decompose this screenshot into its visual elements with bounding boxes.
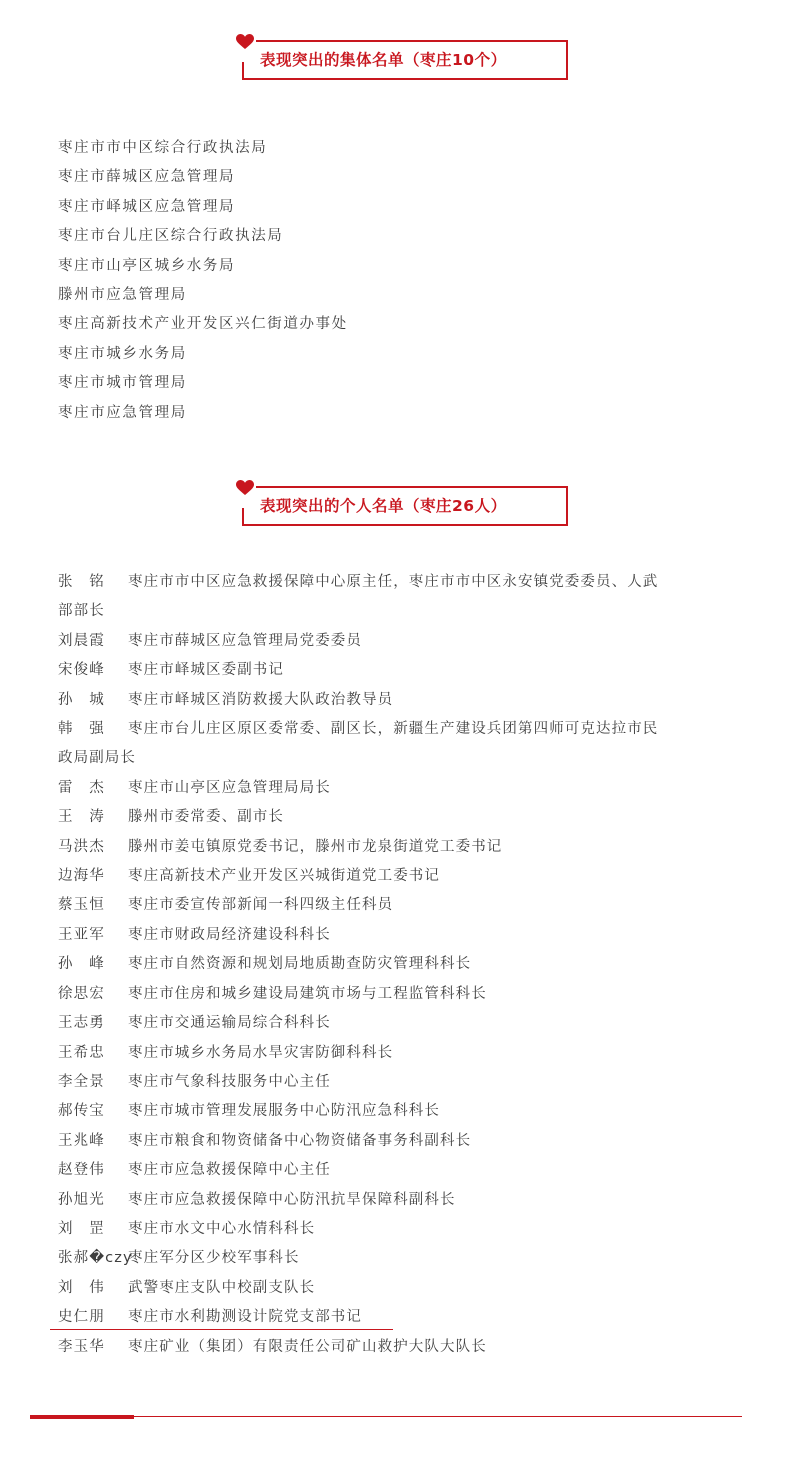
- list-item: 韩 强枣庄市台儿庄区原区委常委、副区长，新疆生产建设兵团第四师可克达拉市民政局副…: [58, 715, 748, 774]
- list-item: 赵登伟枣庄市应急救援保障中心主任: [58, 1156, 748, 1185]
- person-title: 滕州市委常委、副市长: [128, 809, 284, 825]
- header-border-top: [256, 486, 568, 488]
- person-name: 郝传宝: [58, 1097, 128, 1126]
- heart-icon: [236, 34, 254, 50]
- header-border-right: [566, 40, 568, 80]
- list-item: 王兆峰枣庄市粮食和物资储备中心物资储备事务科副科长: [58, 1127, 748, 1156]
- person-name: 孙 城: [58, 686, 128, 715]
- person-title: 枣庄市水利勘测设计院党支部书记: [128, 1309, 362, 1325]
- person-title: 枣庄市委宣传部新闻一科四级主任科员: [128, 897, 393, 913]
- person-title: 枣庄市水文中心水情科科长: [128, 1221, 315, 1237]
- person-name: 马洪杰: [58, 833, 128, 862]
- list-item: 刘 罡枣庄市水文中心水情科科长: [58, 1215, 748, 1244]
- person-title: 枣庄市应急救援保障中心防汛抗旱保障科副科长: [128, 1192, 456, 1208]
- person-name: 张郝�czy: [58, 1244, 128, 1273]
- list-item: 滕州市应急管理局: [58, 281, 348, 310]
- section-header-collective: 表现突出的集体名单（枣庄10个）: [236, 34, 568, 84]
- person-title: 枣庄市峄城区消防救援大队政治教导员: [128, 692, 393, 708]
- person-name: 韩 强: [58, 715, 128, 744]
- list-item: 郝传宝枣庄市城市管理发展服务中心防汛应急科科长: [58, 1097, 748, 1126]
- person-title: 枣庄矿业（集团）有限责任公司矿山救护大队大队长: [128, 1339, 487, 1355]
- list-item: 雷 杰枣庄市山亭区应急管理局局长: [58, 774, 748, 803]
- list-item: 枣庄市峄城区应急管理局: [58, 193, 348, 222]
- person-name: 王志勇: [58, 1009, 128, 1038]
- list-item: 枣庄市薛城区应急管理局: [58, 163, 348, 192]
- person-title: 枣庄市薛城区应急管理局党委委员: [128, 633, 362, 649]
- person-name: 王兆峰: [58, 1127, 128, 1156]
- section-title-individual: 表现突出的个人名单（枣庄26人）: [260, 494, 507, 516]
- list-item: 枣庄市城乡水务局: [58, 340, 348, 369]
- person-title: 枣庄市气象科技服务中心主任: [128, 1074, 331, 1090]
- section-title-collective: 表现突出的集体名单（枣庄10个）: [260, 48, 507, 70]
- person-name: 徐思宏: [58, 980, 128, 1009]
- list-item: 刘晨霞枣庄市薛城区应急管理局党委委员: [58, 627, 748, 656]
- person-name: 张 铭: [58, 568, 128, 597]
- person-name: 孙 峰: [58, 950, 128, 979]
- collective-list: 枣庄市市中区综合行政执法局 枣庄市薛城区应急管理局 枣庄市峄城区应急管理局 枣庄…: [58, 134, 348, 428]
- list-item: 宋俊峰枣庄市峄城区委副书记: [58, 656, 748, 685]
- person-title: 武警枣庄支队中校副支队长: [128, 1280, 315, 1296]
- person-title: 枣庄市台儿庄区原区委常委、副区长，新疆生产建设兵团第四师可克达拉市民: [128, 721, 658, 737]
- person-name: 边海华: [58, 862, 128, 891]
- person-title: 枣庄市交通运输局综合科科长: [128, 1015, 331, 1031]
- person-title: 枣庄市山亭区应急管理局局长: [128, 780, 331, 796]
- list-item: 王亚军枣庄市财政局经济建设科科长: [58, 921, 748, 950]
- person-title: 枣庄市城市管理发展服务中心防汛应急科科长: [128, 1103, 440, 1119]
- list-item: 枣庄市山亭区城乡水务局: [58, 252, 348, 281]
- footer-divider: [30, 1416, 742, 1417]
- person-title: 枣庄市自然资源和规划局地质勘查防灾管理科科长: [128, 956, 471, 972]
- header-border-bottom: [242, 524, 568, 526]
- header-border-bottom: [242, 78, 568, 80]
- person-name: 孙旭光: [58, 1186, 128, 1215]
- person-name: 刘 伟: [58, 1274, 128, 1303]
- header-border-left: [242, 62, 244, 80]
- person-name: 赵登伟: [58, 1156, 128, 1185]
- person-title: 枣庄市粮食和物资储备中心物资储备事务科副科长: [128, 1133, 471, 1149]
- header-border-right: [566, 486, 568, 526]
- list-item: 刘 伟武警枣庄支队中校副支队长: [58, 1274, 748, 1303]
- person-title: 枣庄市住房和城乡建设局建筑市场与工程监管科科长: [128, 986, 487, 1002]
- list-item: 枣庄市城市管理局: [58, 369, 348, 398]
- person-title: 滕州市姜屯镇原党委书记，滕州市龙泉街道党工委书记: [128, 839, 502, 855]
- person-title: 枣庄市峄城区委副书记: [128, 662, 284, 678]
- person-name: 王亚军: [58, 921, 128, 950]
- person-name: 蔡玉恒: [58, 891, 128, 920]
- list-item: 枣庄市市中区综合行政执法局: [58, 134, 348, 163]
- list-item: 徐思宏枣庄市住房和城乡建设局建筑市场与工程监管科科长: [58, 980, 748, 1009]
- list-item: 枣庄市台儿庄区综合行政执法局: [58, 222, 348, 251]
- list-item: 王 涛滕州市委常委、副市长: [58, 803, 748, 832]
- highlight-underline: [50, 1329, 393, 1330]
- footer-divider-accent: [30, 1415, 134, 1419]
- person-name: 雷 杰: [58, 774, 128, 803]
- list-item: 王志勇枣庄市交通运输局综合科科长: [58, 1009, 748, 1038]
- person-title: 枣庄市城乡水务局水旱灾害防御科科长: [128, 1045, 393, 1061]
- person-title: 枣庄市应急救援保障中心主任: [128, 1162, 331, 1178]
- person-name: 刘晨霞: [58, 627, 128, 656]
- list-item: 枣庄市应急管理局: [58, 399, 348, 428]
- individual-list: 张 铭枣庄市市中区应急救援保障中心原主任，枣庄市市中区永安镇党委委员、人武部部长…: [58, 568, 748, 1362]
- person-title: 枣庄市财政局经济建设科科长: [128, 927, 331, 943]
- header-border-left: [242, 508, 244, 526]
- person-name: 刘 罡: [58, 1215, 128, 1244]
- list-item: 孙旭光枣庄市应急救援保障中心防汛抗旱保障科副科长: [58, 1186, 748, 1215]
- person-title-continued: 部部长: [58, 597, 748, 626]
- heart-icon: [236, 480, 254, 496]
- list-item: 孙 峰枣庄市自然资源和规划局地质勘查防灾管理科科长: [58, 950, 748, 979]
- person-title-continued: 政局副局长: [58, 744, 748, 773]
- list-item: 枣庄高新技术产业开发区兴仁街道办事处: [58, 310, 348, 339]
- header-border-top: [256, 40, 568, 42]
- list-item: 王希忠枣庄市城乡水务局水旱灾害防御科科长: [58, 1039, 748, 1068]
- list-item: 张 铭枣庄市市中区应急救援保障中心原主任，枣庄市市中区永安镇党委委员、人武部部长: [58, 568, 748, 627]
- list-item: 边海华枣庄高新技术产业开发区兴城街道党工委书记: [58, 862, 748, 891]
- list-item: 李玉华枣庄矿业（集团）有限责任公司矿山救护大队大队长: [58, 1333, 748, 1362]
- person-name: 王希忠: [58, 1039, 128, 1068]
- list-item: 蔡玉恒枣庄市委宣传部新闻一科四级主任科员: [58, 891, 748, 920]
- person-title: 枣庄军分区少校军事科长: [128, 1250, 300, 1266]
- section-header-individual: 表现突出的个人名单（枣庄26人）: [236, 480, 568, 530]
- list-item: 马洪杰滕州市姜屯镇原党委书记，滕州市龙泉街道党工委书记: [58, 833, 748, 862]
- person-name: 李全景: [58, 1068, 128, 1097]
- person-title: 枣庄市市中区应急救援保障中心原主任，枣庄市市中区永安镇党委委员、人武: [128, 574, 658, 590]
- person-title: 枣庄高新技术产业开发区兴城街道党工委书记: [128, 868, 440, 884]
- list-item: 孙 城枣庄市峄城区消防救援大队政治教导员: [58, 686, 748, 715]
- person-name: 王 涛: [58, 803, 128, 832]
- person-name: 李玉华: [58, 1333, 128, 1362]
- person-name: 宋俊峰: [58, 656, 128, 685]
- list-item: 李全景枣庄市气象科技服务中心主任: [58, 1068, 748, 1097]
- list-item: 张郝�czy枣庄军分区少校军事科长: [58, 1244, 748, 1273]
